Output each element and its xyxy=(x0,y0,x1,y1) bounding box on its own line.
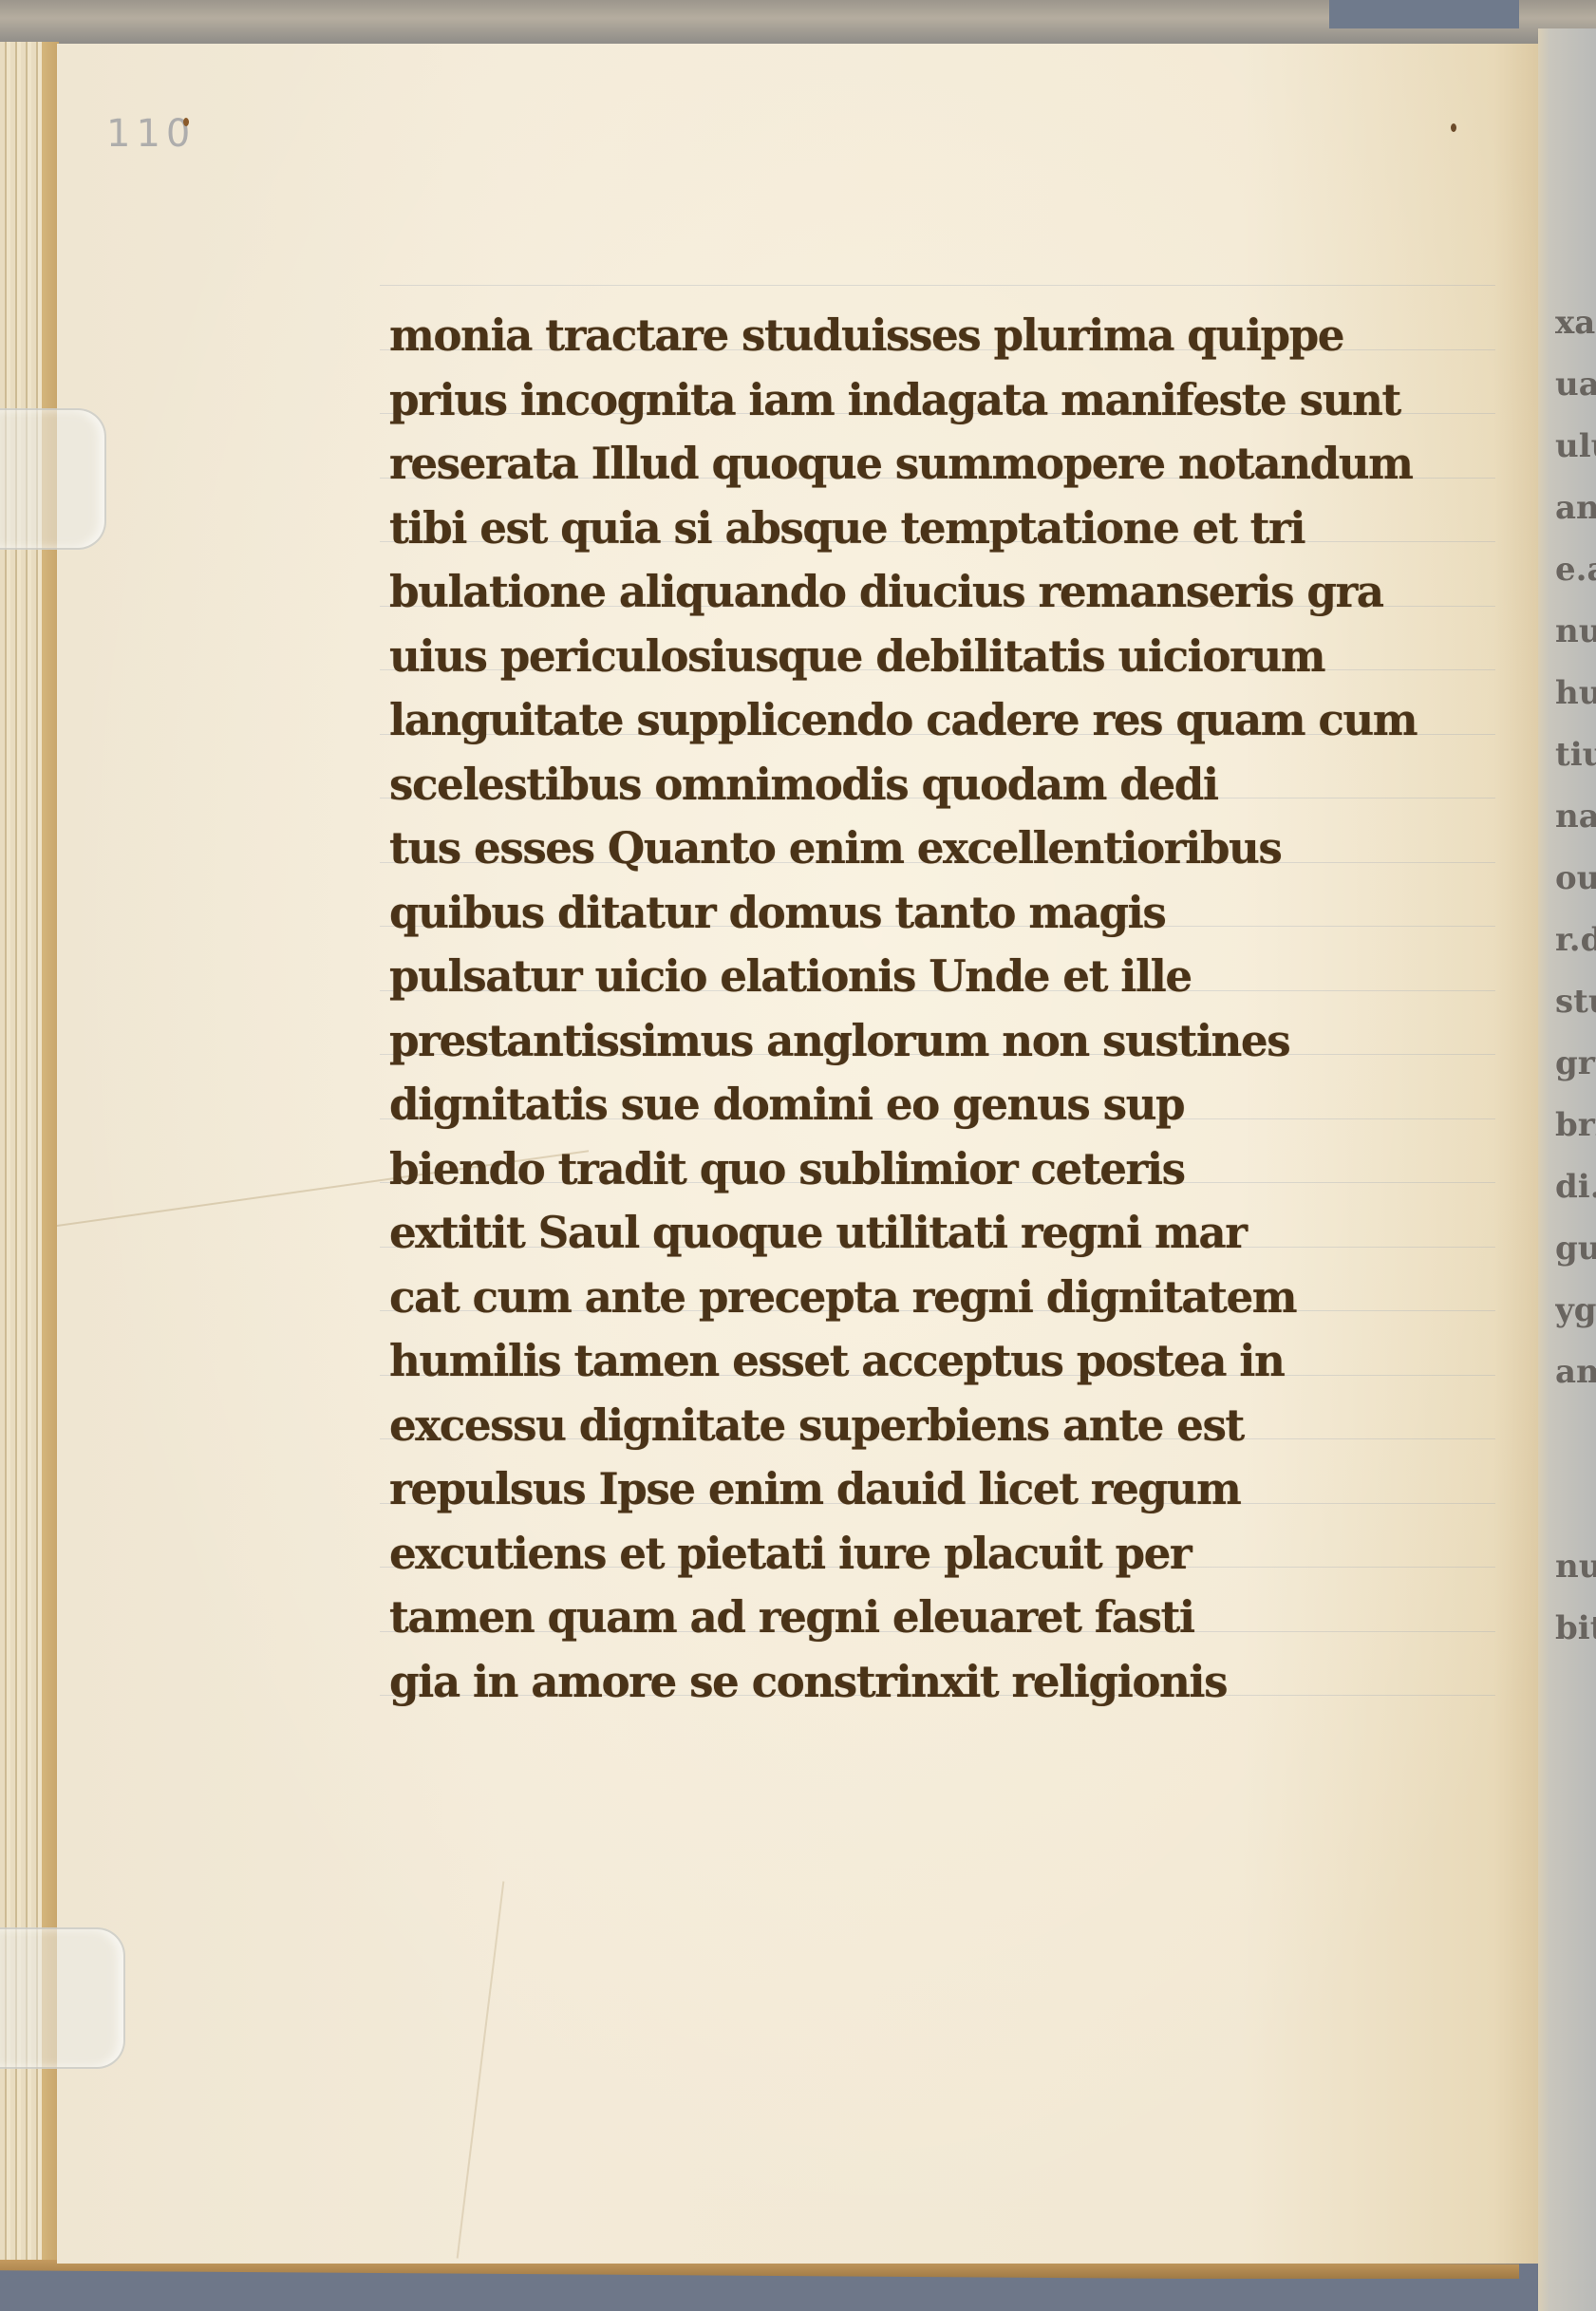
text-line: extitit Saul quoque utilitati regni mar xyxy=(389,1201,1481,1266)
facing-text-fragment: andu xyxy=(1555,489,1596,527)
facing-text-fragment: nuuu xyxy=(1555,1548,1596,1586)
facing-text-fragment: nagy xyxy=(1555,798,1596,836)
facing-text-fragment: uala xyxy=(1555,366,1596,404)
facing-text-fragment: bituaiy xyxy=(1555,1609,1596,1647)
text-line: humilis tamen esset acceptus postea in xyxy=(389,1329,1481,1394)
facing-text-fragment: tiuq xyxy=(1555,736,1596,774)
text-line: tamen quam ad regni eleuaret fasti xyxy=(389,1586,1481,1650)
facing-text-fragment: amus xyxy=(1555,1353,1596,1391)
text-line: monia tractare studuisses plurima quippe xyxy=(389,304,1481,368)
text-line: tus esses Quanto enim excellentioribus xyxy=(389,817,1481,881)
facing-text-fragment: di.adu xyxy=(1555,1168,1596,1206)
text-line: prestantissimus anglorum non sustines xyxy=(389,1009,1481,1074)
facing-text-fragment: ygte b xyxy=(1555,1291,1596,1329)
facing-text-fragment: guod re xyxy=(1555,1230,1596,1268)
text-line: cat cum ante precepta regni dignitatem xyxy=(389,1266,1481,1330)
facing-text-fragment: grui p xyxy=(1555,1044,1596,1082)
text-line: reserata Illud quoque summopere notandum xyxy=(389,432,1481,497)
background-gap xyxy=(1329,0,1519,28)
facing-text-fragment: stuo xyxy=(1555,983,1596,1021)
facing-text-fragment: uluc xyxy=(1555,427,1596,465)
facing-page-edge: xar uala uluc andu e.ac nued hue p tiuq … xyxy=(1538,28,1596,2311)
facing-text-fragment: e.ac xyxy=(1555,551,1596,589)
text-line: repulsus Ipse enim dauid licet regum xyxy=(389,1457,1481,1522)
ink-spot xyxy=(1451,123,1456,132)
folio-number: 110 xyxy=(106,112,196,156)
facing-text-fragment: xar xyxy=(1555,304,1596,342)
ruling-line xyxy=(380,285,1495,286)
book-top-edge xyxy=(0,0,1596,46)
facing-text-fragment: r.dia xyxy=(1555,921,1596,959)
text-line: excutiens et pietati iure placuit per xyxy=(389,1522,1481,1587)
text-line: quibus ditatur domus tanto magis xyxy=(389,881,1481,946)
text-line: tibi est quia si absque temptatione et t… xyxy=(389,497,1481,561)
text-line: gia in amore se constrinxit religionis xyxy=(389,1650,1481,1715)
facing-text-fragment: hue p xyxy=(1555,674,1596,712)
text-line: excessu dignitate superbiens ante est xyxy=(389,1394,1481,1458)
text-line: dignitatis sue domini eo genus sup xyxy=(389,1073,1481,1137)
text-line: languitate supplicendo cadere res quam c… xyxy=(389,688,1481,753)
text-line: bulatione aliquando diucius remanseris g… xyxy=(389,560,1481,625)
ink-spot xyxy=(183,118,189,126)
text-line: scelestibus omnimodis quodam dedi xyxy=(389,753,1481,817)
text-line: uius periculosiusque debilitatis uicioru… xyxy=(389,625,1481,689)
text-line: pulsatur uicio elationis Unde et ille xyxy=(389,945,1481,1009)
facing-text-fragment: oue pa xyxy=(1555,859,1596,897)
facing-text-fragment: nued xyxy=(1555,612,1596,650)
text-line: prius incognita iam indagata manifeste s… xyxy=(389,368,1481,433)
page-holder-clip-top xyxy=(0,408,106,550)
text-block: monia tractare studuisses plurima quippe… xyxy=(389,304,1500,1714)
page-holder-clip-bottom xyxy=(0,1927,125,2069)
facing-text-fragment: brfed xyxy=(1555,1106,1596,1144)
text-line: biendo tradit quo sublimior ceteris xyxy=(389,1137,1481,1202)
